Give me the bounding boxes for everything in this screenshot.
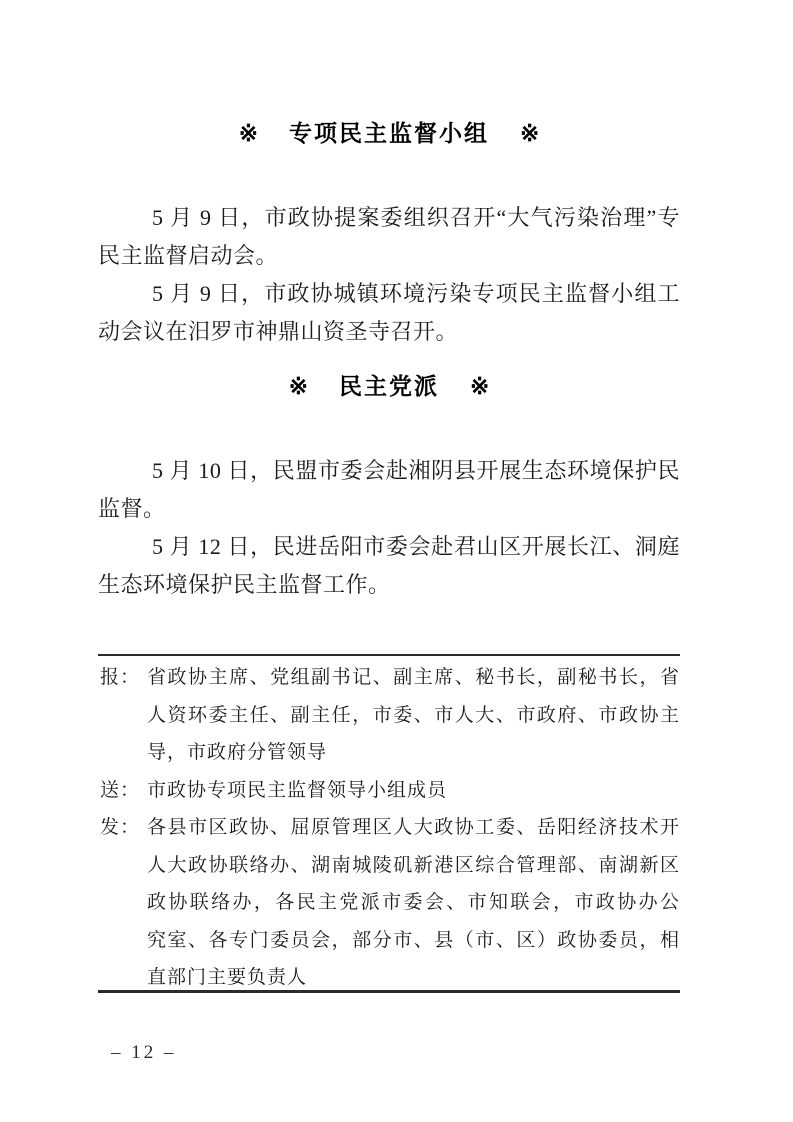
distribution-content: 各县市区政协、屈原管理区人大政协工委、岳阳经济技术开发区 人大政协联络办、湖南城… xyxy=(147,809,680,997)
distribution-line: 究室、各专门委员会，部分市、县（市、区）政协委员，相关市 xyxy=(147,922,680,960)
section-heading-democratic-parties: ※民主党派※ xyxy=(98,373,680,401)
distribution-line: 各县市区政协、屈原管理区人大政协工委、岳阳经济技术开发区 xyxy=(147,809,680,847)
distribution-bottom-rule xyxy=(98,990,680,993)
distribution-top-rule xyxy=(98,654,680,656)
section-marker-left: ※ xyxy=(289,374,308,399)
section-marker-left: ※ xyxy=(239,121,258,146)
paragraph-line: 动会议在汨罗市神鼎山资圣寺召开。 xyxy=(98,313,680,351)
distribution-line: 人大政协联络办、湖南城陵矶新港区综合管理部、南湖新区人大 xyxy=(147,847,680,885)
distribution-content: 省政协主席、党组副书记、副主席、秘书长，副秘书长，省政协 人资环委主任、副主任，… xyxy=(147,659,680,772)
document-page: ※专项民主监督小组※ 5 月 9 日，市政协提案委组织召开“大气污染治理”专项 … xyxy=(0,0,793,1122)
paragraph-line: 生态环境保护民主监督工作。 xyxy=(98,566,680,604)
paragraph-line: 5 月 10 日，民盟市委会赴湘阴县开展生态环境保护民主 xyxy=(98,452,680,490)
section-body-1: 5 月 9 日，市政协提案委组织召开“大气污染治理”专项 民主监督启动会。 5 … xyxy=(98,199,680,351)
distribution-list: 报： 省政协主席、党组副书记、副主席、秘书长，副秘书长，省政协 人资环委主任、副… xyxy=(100,659,680,997)
distribution-line: 导，市政府分管领导 xyxy=(147,734,680,772)
paragraph-line: 民主监督启动会。 xyxy=(98,237,680,275)
distribution-entry-issue: 发： 各县市区政协、屈原管理区人大政协工委、岳阳经济技术开发区 人大政协联络办、… xyxy=(100,809,680,997)
paragraph-line: 5 月 9 日，市政协提案委组织召开“大气污染治理”专项 xyxy=(98,199,680,237)
paragraph-line: 5 月 12 日，民进岳阳市委会赴君山区开展长江、洞庭湖 xyxy=(98,528,680,566)
distribution-entry-report: 报： 省政协主席、党组副书记、副主席、秘书长，副秘书长，省政协 人资环委主任、副… xyxy=(100,659,680,772)
body-paragraph: 5 月 10 日，民盟市委会赴湘阴县开展生态环境保护民主 监督。 xyxy=(98,452,680,528)
paragraph-line: 监督。 xyxy=(98,490,680,528)
paragraph-line: 5 月 9 日，市政协城镇环境污染专项民主监督小组工作启 xyxy=(98,275,680,313)
body-paragraph: 5 月 9 日，市政协提案委组织召开“大气污染治理”专项 民主监督启动会。 xyxy=(98,199,680,275)
page-number: – 12 – xyxy=(111,1042,177,1064)
distribution-label: 发： xyxy=(100,809,147,847)
section-marker-right: ※ xyxy=(470,374,489,399)
body-paragraph: 5 月 9 日，市政协城镇环境污染专项民主监督小组工作启 动会议在汨罗市神鼎山资… xyxy=(98,275,680,351)
distribution-line: 政协联络办，各民主党派市委会、市知联会，市政协办公室、研 xyxy=(147,884,680,922)
section-heading-special-supervision-group: ※专项民主监督小组※ xyxy=(98,120,680,148)
section-title: 专项民主监督小组 xyxy=(289,121,489,146)
section-marker-right: ※ xyxy=(520,121,539,146)
distribution-line: 市政协专项民主监督领导小组成员 xyxy=(147,772,680,810)
distribution-content: 市政协专项民主监督领导小组成员 xyxy=(147,772,680,810)
section-title: 民主党派 xyxy=(339,374,439,399)
section-body-2: 5 月 10 日，民盟市委会赴湘阴县开展生态环境保护民主 监督。 5 月 12 … xyxy=(98,452,680,604)
distribution-line: 省政协主席、党组副书记、副主席、秘书长，副秘书长，省政协 xyxy=(147,659,680,697)
distribution-line: 人资环委主任、副主任，市委、市人大、市政府、市政协主要领 xyxy=(147,697,680,735)
distribution-entry-send: 送： 市政协专项民主监督领导小组成员 xyxy=(100,772,680,810)
distribution-label: 报： xyxy=(100,659,147,697)
distribution-label: 送： xyxy=(100,772,147,810)
body-paragraph: 5 月 12 日，民进岳阳市委会赴君山区开展长江、洞庭湖 生态环境保护民主监督工… xyxy=(98,528,680,604)
